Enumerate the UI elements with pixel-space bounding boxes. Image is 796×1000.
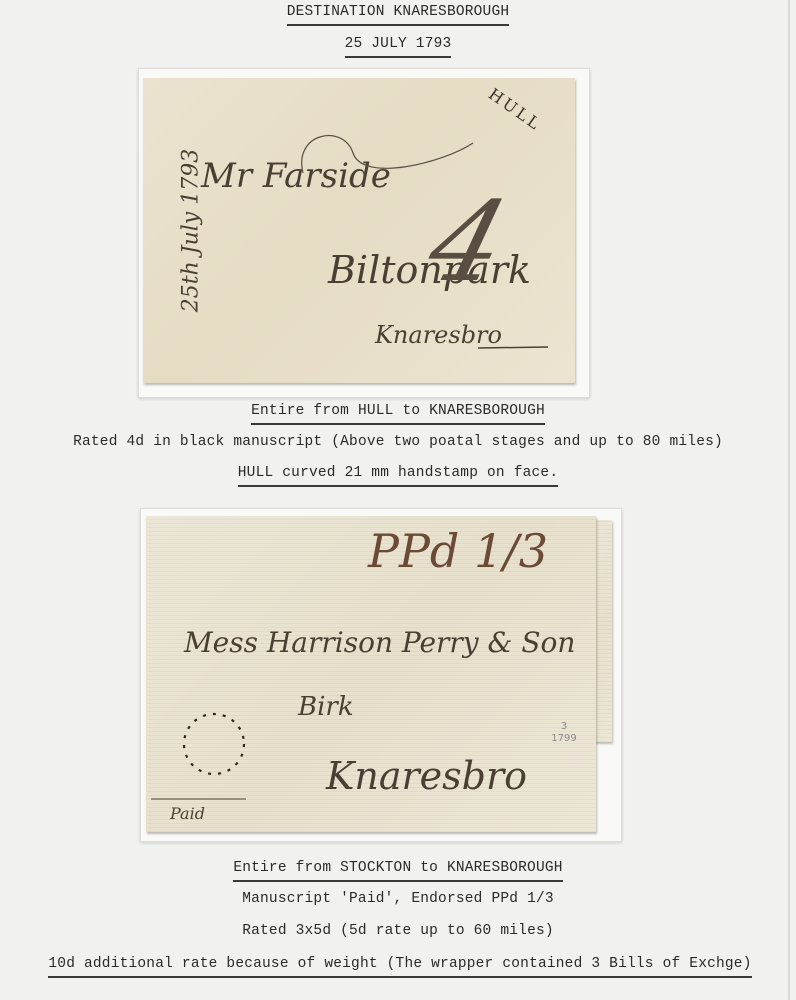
cover-2-caption-line-text: Manuscript 'Paid', Endorsed PPd 1/3 (242, 890, 554, 908)
page-date-text: 25 JULY 1793 (345, 35, 452, 58)
stockton-circular-handstamp (176, 706, 256, 786)
cover-1-caption-title: Entire from HULL to KNARESBOROUGH (0, 402, 796, 425)
page-heading: DESTINATION KNARESBOROUGH (0, 3, 796, 26)
cover-1-caption-line-text: Rated 4d in black manuscript (Above two … (73, 433, 723, 451)
page-heading-text: DESTINATION KNARESBOROUGH (287, 3, 510, 26)
hull-handstamp: HULL (485, 84, 546, 134)
town-underline (478, 343, 558, 353)
side-date-manuscript: 25th July 1793 (179, 131, 204, 331)
place-manuscript: Birk (298, 692, 354, 722)
addressee-manuscript: Mess Harrison Perry & Son (184, 626, 575, 659)
town-manuscript: Knaresbro (326, 754, 527, 798)
addressee-flourish (263, 123, 483, 183)
paid-manuscript: Paid (170, 804, 205, 823)
cover-image-hull[interactable]: 25th July 1793 Mr Farside Biltonpark Kna… (143, 78, 575, 383)
pencil-note: 3 1799 (549, 721, 579, 745)
cover-2-caption-title-text: Entire from STOCKTON to KNARESBOROUGH (233, 859, 562, 882)
cover-1-caption-line-text: HULL curved 21 mm handstamp on face. (238, 464, 558, 487)
cover-2-caption-line: 10d additional rate because of weight (T… (2, 955, 796, 978)
cover-1-caption-title-text: Entire from HULL to KNARESBOROUGH (251, 402, 545, 425)
cover-2-caption-line: Rated 3x5d (5d rate up to 60 miles) (0, 922, 796, 940)
cover-2-caption-line: Manuscript 'Paid', Endorsed PPd 1/3 (0, 890, 796, 908)
ppd-endorsement: PPd 1/3 (368, 524, 548, 578)
paid-rule (151, 797, 251, 803)
pencil-note-year: 1799 (549, 733, 579, 745)
cover-2-caption-line-text: Rated 3x5d (5d rate up to 60 miles) (242, 922, 554, 940)
pencil-note-number: 3 (549, 721, 579, 733)
cover-image-stockton[interactable]: 4 PPd 1/3 Mess Harrison Perry & Son Birk… (146, 516, 596, 832)
cover-2-caption-title: Entire from STOCKTON to KNARESBOROUGH (0, 859, 796, 882)
album-page-edge (788, 0, 790, 1000)
cover-1-caption-line: HULL curved 21 mm handstamp on face. (0, 464, 796, 487)
cover-2-caption-line-text: 10d additional rate because of weight (T… (48, 955, 751, 978)
page-date: 25 JULY 1793 (0, 35, 796, 58)
cover-1-caption-line: Rated 4d in black manuscript (Above two … (0, 433, 796, 451)
